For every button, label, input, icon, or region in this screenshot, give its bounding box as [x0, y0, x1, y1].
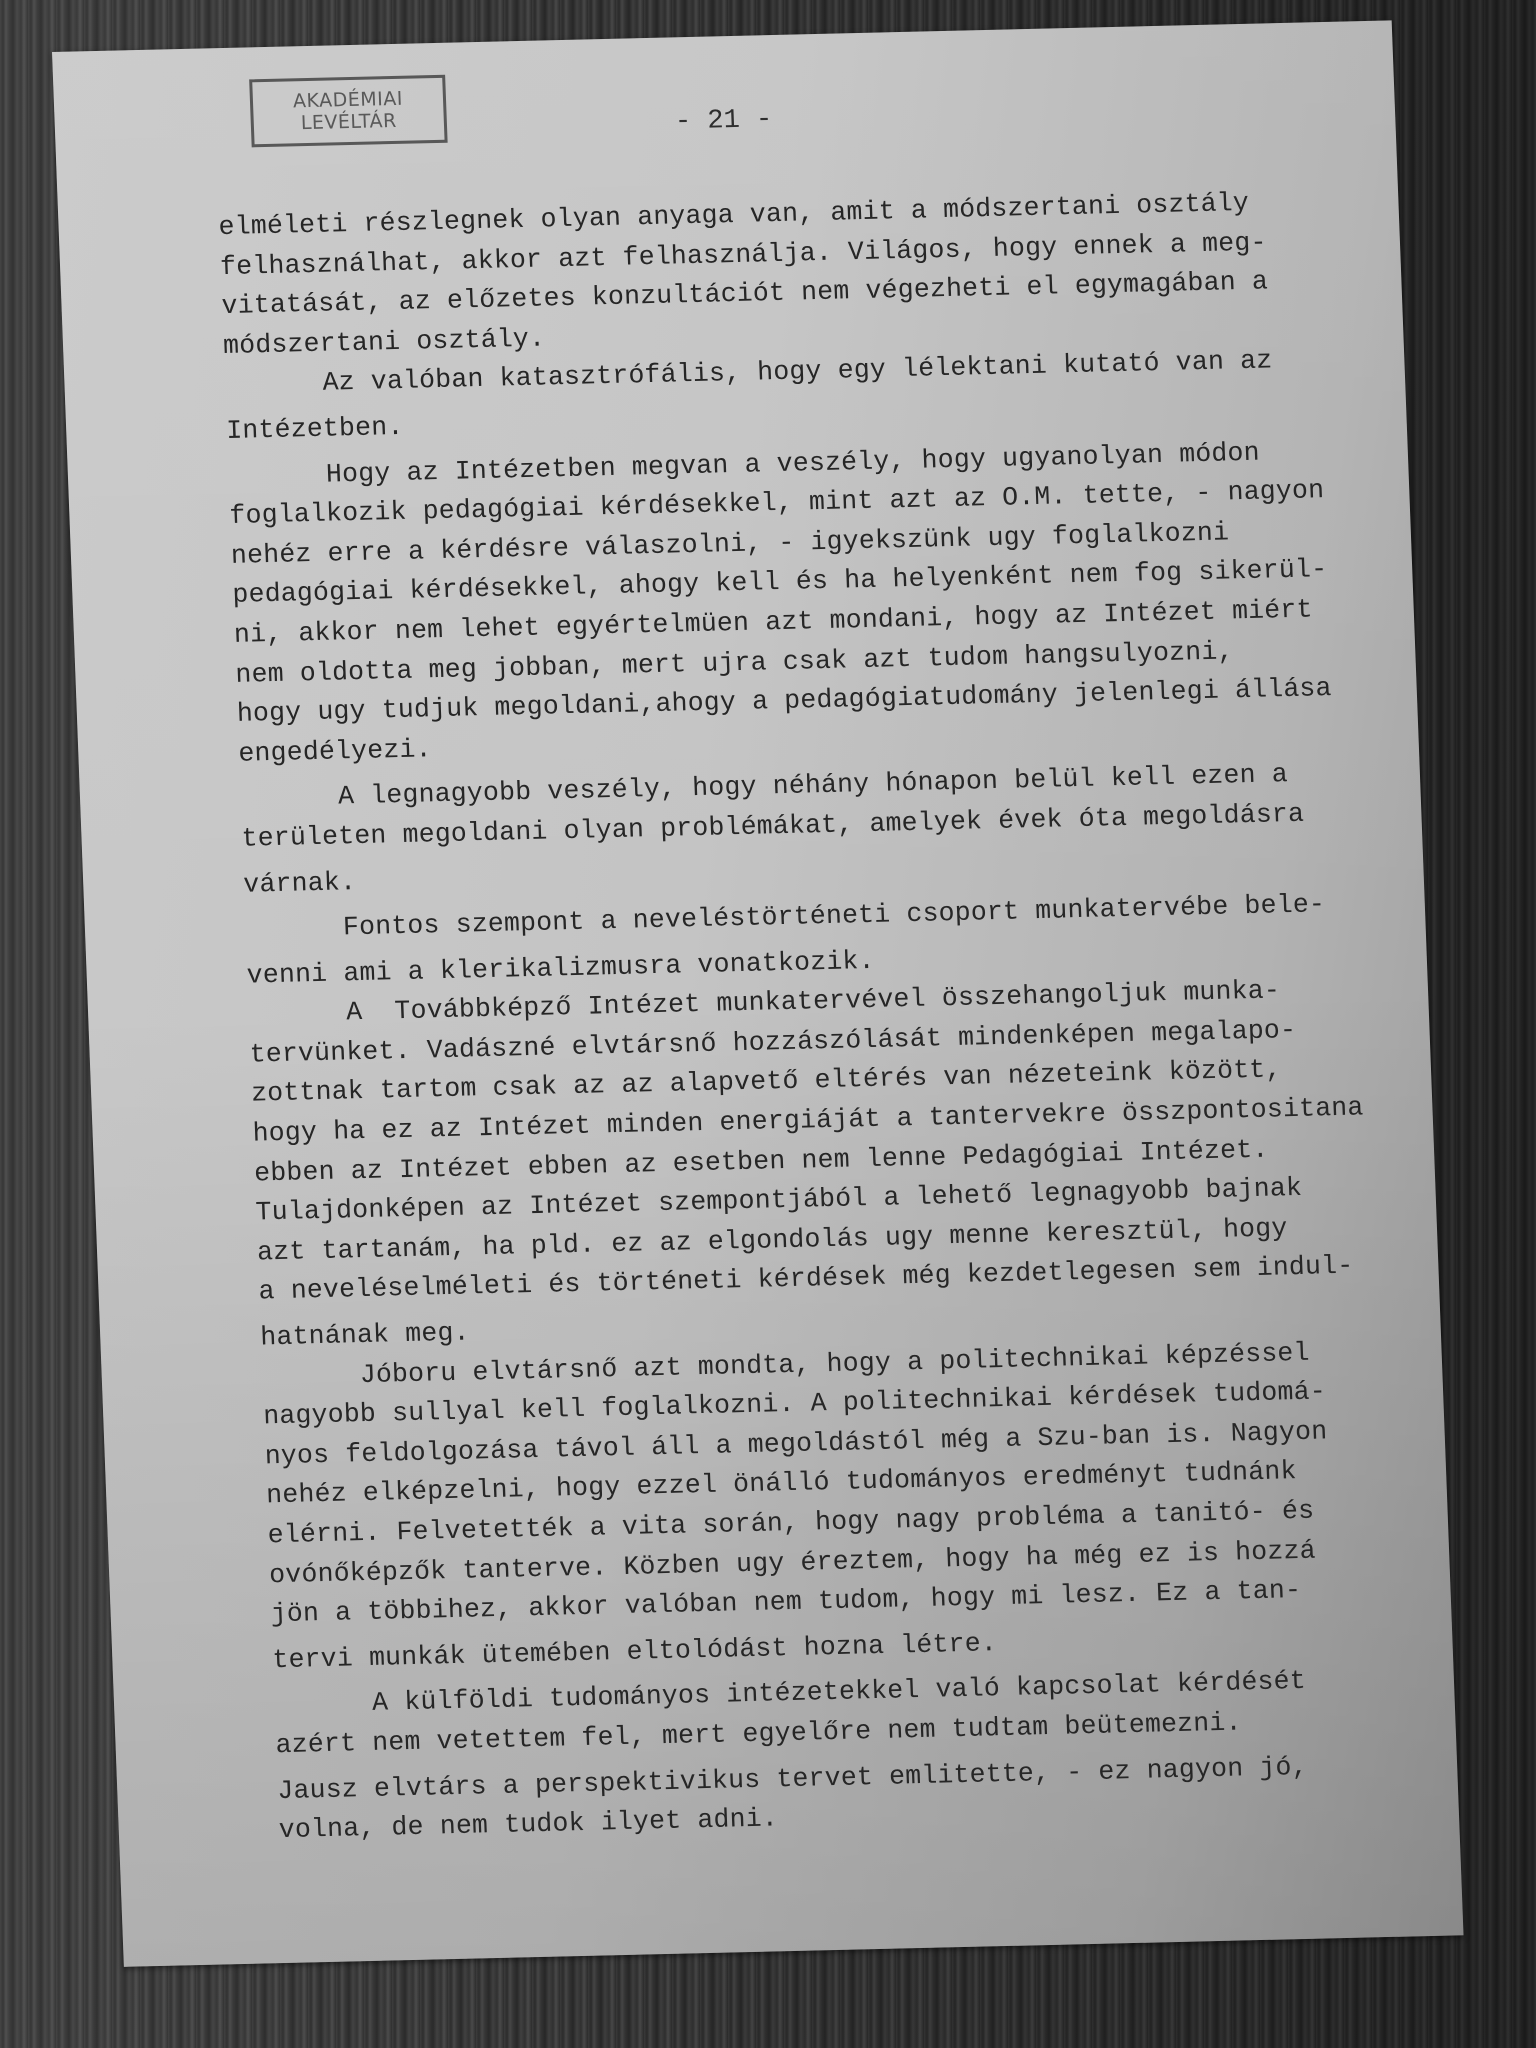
- page-number: - 21 -: [674, 105, 772, 137]
- stamp-line-1: AKADÉMIAI: [293, 88, 404, 113]
- stamp-line-2: LEVÉLTÁR: [300, 110, 397, 134]
- typewritten-page: AKADÉMIAI LEVÉLTÁR - 21 - elméleti részl…: [52, 20, 1464, 1966]
- archive-stamp: AKADÉMIAI LEVÉLTÁR: [249, 75, 447, 148]
- body-text: elméleti részlegnek olyan anyaga van, am…: [218, 180, 1459, 1851]
